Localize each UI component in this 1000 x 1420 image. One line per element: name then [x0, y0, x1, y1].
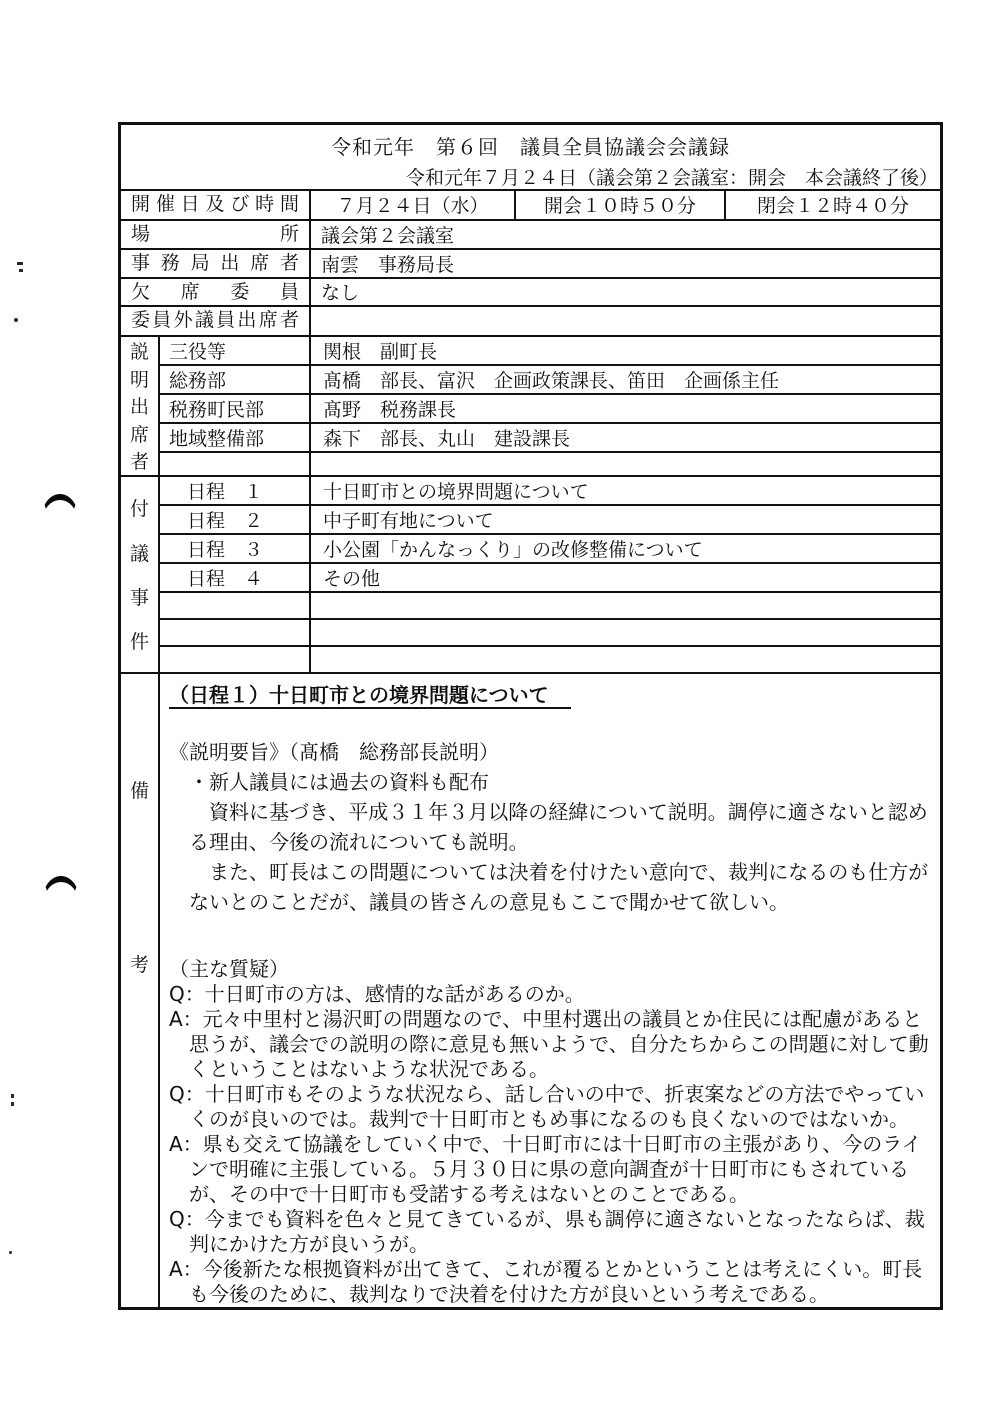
- text-line: も今後のために、裁判なりで決着を付けた方が良いという考えである。: [169, 1282, 936, 1307]
- punch-hole-mark-bottom: [42, 876, 80, 902]
- remarks-heading-line: （日程１）十日町市との境界問題について: [169, 680, 936, 711]
- vertical-label-char: 説: [130, 337, 149, 364]
- vertical-label-char: 考: [121, 950, 158, 977]
- agenda-title: 小公園「かんなっくり」の改修整備について: [311, 535, 940, 562]
- scanned-minutes-page: 令和元年 第６回 議員全員協議会会議録 令和元年７月２４日（議会第２会議室：開会…: [0, 0, 1000, 1420]
- vertical-label-char: 備: [121, 776, 158, 803]
- scan-speck: [9, 1251, 12, 1254]
- explainer-names: 髙橋 部長、富沢 企画政策課長、笛田 企画係主任: [311, 366, 940, 393]
- nonmember-value: [311, 307, 940, 335]
- table-row: [160, 451, 940, 475]
- text-line: 判にかけた方が良いうが。: [169, 1232, 936, 1257]
- table-row: [160, 591, 940, 618]
- absent-value: なし: [311, 279, 940, 305]
- agenda-number: 日程 ３: [160, 535, 311, 562]
- row-nonmember-attendees: 委員外議員出席者: [121, 305, 940, 335]
- table-row: 日程 １ 十日町市との境界問題について: [160, 477, 940, 504]
- text-line: る理由、今後の流れについても説明。: [169, 827, 936, 857]
- table-row: 総務部 髙橋 部長、富沢 企画政策課長、笛田 企画係主任: [160, 364, 940, 393]
- question-answer-block: （主な質疑）Q：十日町市の方は、感情的な話があるのか。A：元々中里村と湯沢町の問…: [169, 957, 936, 1307]
- scan-speck: [17, 262, 23, 265]
- explainer-group: [160, 453, 311, 475]
- text-line: Q：十日町市もそのような状況なら、話し合いの中で、折衷案などの方法でやってい: [169, 1082, 936, 1107]
- text-line: また、町長はこの問題については決着を付けたい意向で、裁判になるのも仕方が: [169, 857, 936, 887]
- explainer-names: 関根 副町長: [311, 337, 940, 364]
- row-secretariat: 事務局出席者 南雲 事務局長: [121, 248, 940, 277]
- explainer-names: [311, 453, 940, 475]
- explainers-section-label: 説 明 出 席 者: [121, 337, 160, 475]
- vertical-label-char: 明: [130, 365, 149, 392]
- table-row: 地域整備部 森下 部長、丸山 建設課長: [160, 422, 940, 451]
- text-line: 資料に基づき、平成３１年３月以降の経緯について説明。調停に適さないと認め: [169, 797, 936, 827]
- scan-speck: [11, 1094, 14, 1098]
- place-label: 場所: [121, 221, 311, 248]
- table-row: 税務町民部 髙野 税務課長: [160, 393, 940, 422]
- datetime-label: 開催日及び時間: [121, 191, 311, 219]
- text-line: ・新人議員には過去の資料も配布: [169, 767, 936, 797]
- explainer-group: 三役等: [160, 337, 311, 364]
- vertical-label-char: 議: [130, 539, 149, 566]
- agenda-number: 日程 ４: [160, 564, 311, 591]
- row-absent-members: 欠席委員 なし: [121, 277, 940, 305]
- text-line: ないとのことだが、議員の皆さんの意見もここで聞かせて欲しい。: [169, 887, 936, 917]
- remarks-body: （日程１）十日町市との境界問題について 《説明要旨》（髙橋 総務部長説明） ・新…: [160, 674, 940, 1307]
- text-line: A：元々中里村と湯沢町の問題なので、中里村選出の議員とか住民には配慮があると: [169, 1007, 936, 1032]
- table-row: 日程 ３ 小公園「かんなっくり」の改修整備について: [160, 533, 940, 562]
- table-row: 三役等 関根 副町長: [160, 337, 940, 364]
- vertical-label-char: 者: [130, 447, 149, 474]
- vertical-label-char: 出: [130, 392, 149, 419]
- agenda-title: その他: [311, 564, 940, 591]
- scan-speck: [11, 1102, 14, 1106]
- text-line: Q：十日町市の方は、感情的な話があるのか。: [169, 982, 936, 1007]
- text-line: 思うが、議会での説明の際に意見も無いようで、自分たちからこの問題に対して動: [169, 1032, 936, 1057]
- table-row: 日程 ２ 中子町有地について: [160, 504, 940, 533]
- table-row: [160, 618, 940, 645]
- text-line: Q：今までも資料を色々と見てきているが、県も調停に適さないとなったならば、裁: [169, 1207, 936, 1232]
- vertical-label-char: 付: [130, 494, 149, 521]
- explainers-rows: 三役等 関根 副町長 総務部 髙橋 部長、富沢 企画政策課長、笛田 企画係主任 …: [160, 337, 940, 475]
- punch-hole-mark-top: [41, 494, 79, 520]
- agenda-number: 日程 ２: [160, 506, 311, 533]
- place-value: 議会第２会議室: [311, 221, 940, 248]
- open-time: 開会１０時５０分: [516, 191, 726, 219]
- text-line: くのが良いのでは。裁判で十日町市ともめ事になるのも良くないのではないか。: [169, 1107, 936, 1132]
- agenda-title: 十日町市との境界問題について: [311, 477, 940, 504]
- title-block: 令和元年 第６回 議員全員協議会会議録 令和元年７月２４日（議会第２会議室：開会…: [121, 125, 940, 189]
- scan-speck: [19, 269, 23, 272]
- vertical-label-char: 件: [130, 627, 149, 654]
- document-title: 令和元年 第６回 議員全員協議会会議録: [121, 125, 940, 160]
- agenda-number: [160, 620, 311, 645]
- section-remarks: 備 考 （日程１）十日町市との境界問題について 《説明要旨》（髙橋 総務部長説明…: [121, 672, 940, 1307]
- text-line: （主な質疑）: [169, 957, 936, 982]
- agenda-number: [160, 647, 311, 672]
- nonmember-label: 委員外議員出席者: [121, 307, 311, 335]
- table-row: 日程 ４ その他: [160, 562, 940, 591]
- row-place: 場所 議会第２会議室: [121, 219, 940, 248]
- close-time: 閉会１２時４０分: [726, 191, 940, 219]
- absent-label: 欠席委員: [121, 279, 311, 305]
- agenda-title: [311, 593, 940, 618]
- explanation-summary: 《説明要旨》（髙橋 総務部長説明） ・新人議員には過去の資料も配布 資料に基づき…: [169, 737, 936, 917]
- agenda-number: [160, 593, 311, 618]
- vertical-label-char: 席: [130, 420, 149, 447]
- table-row: [160, 645, 940, 672]
- text-line: ンで明確に主張している。５月３０日に県の意向調査が十日町市にもされている: [169, 1157, 936, 1182]
- scan-speck: [14, 318, 18, 322]
- agenda-number: 日程 １: [160, 477, 311, 504]
- row-datetime: 開催日及び時間 ７月２４日（水） 開会１０時５０分 閉会１２時４０分: [121, 189, 940, 219]
- section-agenda: 付 議 事 件 日程 １ 十日町市との境界問題について 日程 ２ 中子町有地につ…: [121, 475, 940, 672]
- explainer-names: 髙野 税務課長: [311, 395, 940, 422]
- document-subtitle: 令和元年７月２４日（議会第２会議室：開会 本会議終了後）: [121, 160, 940, 190]
- remarks-section-label: 備 考: [121, 674, 160, 1307]
- explainer-names: 森下 部長、丸山 建設課長: [311, 424, 940, 451]
- text-line: A：県も交えて協議をしていく中で、十日町市には十日町市の主張があり、今のライ: [169, 1132, 936, 1157]
- text-line: くということはないような状況である。: [169, 1057, 936, 1082]
- section-explainers: 説 明 出 席 者 三役等 関根 副町長 総務部 髙橋 部長、富沢 企画政策課長…: [121, 335, 940, 475]
- explainer-group: 税務町民部: [160, 395, 311, 422]
- explainer-group: 地域整備部: [160, 424, 311, 451]
- agenda-title: 中子町有地について: [311, 506, 940, 533]
- explainer-group: 総務部: [160, 366, 311, 393]
- text-line: が、その中で十日町市も受諾する考えはないとのことである。: [169, 1182, 936, 1207]
- agenda-title: [311, 647, 940, 672]
- vertical-label-char: 事: [130, 583, 149, 610]
- text-line: A：今後新たな根拠資料が出てきて、これが覆るとかということは考えにくい。町長: [169, 1257, 936, 1282]
- minutes-table: 令和元年 第６回 議員全員協議会会議録 令和元年７月２４日（議会第２会議室：開会…: [118, 122, 943, 1310]
- meeting-date: ７月２４日（水）: [311, 191, 516, 219]
- agenda-title: [311, 620, 940, 645]
- agenda1-heading: （日程１）十日町市との境界問題について: [169, 683, 571, 709]
- agenda-section-label: 付 議 事 件: [121, 477, 160, 672]
- secretariat-label: 事務局出席者: [121, 250, 311, 277]
- text-line: 《説明要旨》（髙橋 総務部長説明）: [169, 737, 936, 767]
- secretariat-value: 南雲 事務局長: [311, 250, 940, 277]
- agenda-rows: 日程 １ 十日町市との境界問題について 日程 ２ 中子町有地について 日程 ３ …: [160, 477, 940, 672]
